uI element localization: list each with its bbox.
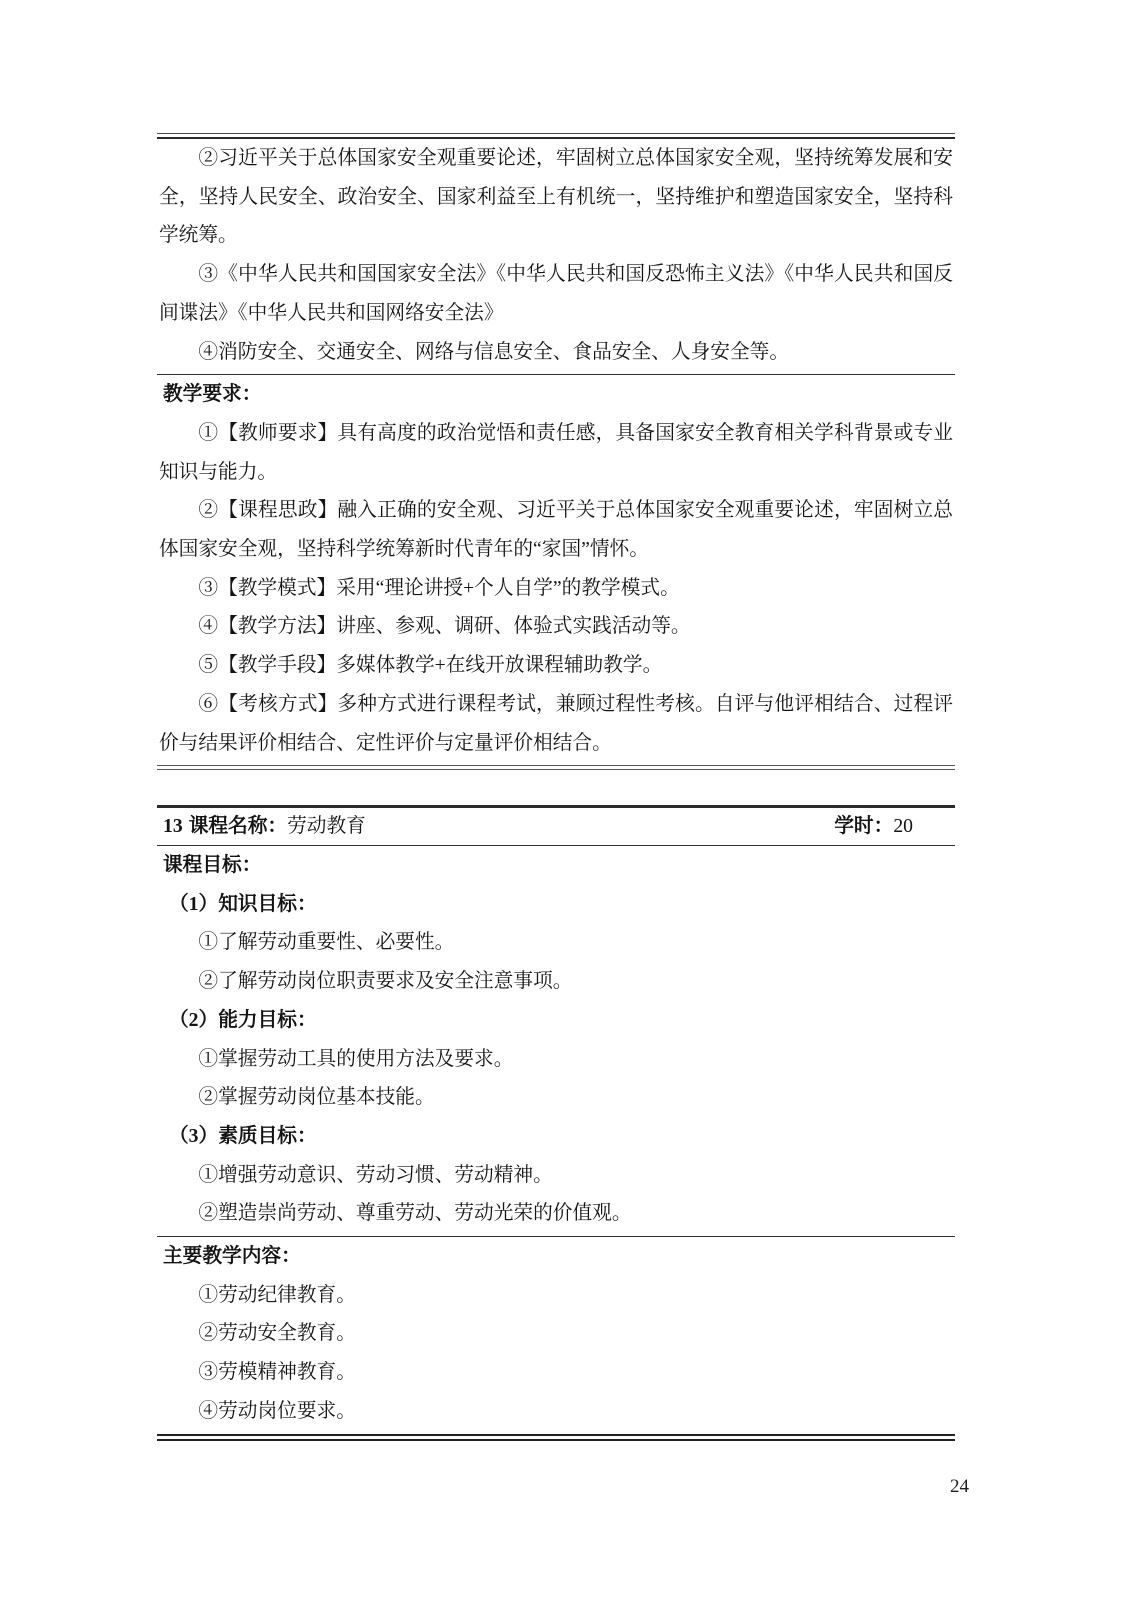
requirement-item: ②【课程思政】融入正确的安全观、习近平关于总体国家安全观重要论述，牢固树立总体国… <box>159 491 953 568</box>
teaching-requirements-heading: 教学要求： <box>159 375 953 414</box>
course-objectives-cell: 课程目标： （1）知识目标： ①了解劳动重要性、必要性。 ②了解劳动岗位职责要求… <box>157 846 955 1236</box>
course13-hours: 学时：20 <box>834 808 913 845</box>
course13-header-row: 13课程名称：劳动教育 学时：20 <box>157 808 955 845</box>
content-item: ①劳动纪律教育。 <box>159 1276 953 1315</box>
table-bottom-border <box>157 1434 955 1441</box>
objective-item: ①了解劳动重要性、必要性。 <box>159 923 953 962</box>
requirement-item: ③【教学模式】采用“理论讲授+个人自学”的教学模式。 <box>159 569 953 608</box>
content-item: ②习近平关于总体国家安全观重要论述，牢固树立总体国家安全观，坚持统筹发展和安全，… <box>159 139 953 255</box>
content-item: ③《中华人民共和国国家安全法》《中华人民共和国反恐怖主义法》《中华人民共和国反间… <box>159 255 953 332</box>
course-name: 劳动教育 <box>287 815 366 837</box>
content-item: ④消防安全、交通安全、网络与信息安全、食品安全、人身安全等。 <box>159 333 953 372</box>
main-content-heading: 主要教学内容： <box>159 1237 953 1276</box>
requirement-item: ④【教学方法】讲座、参观、调研、体验式实践活动等。 <box>159 607 953 646</box>
requirement-item: ⑤【教学手段】多媒体教学+在线开放课程辅助教学。 <box>159 646 953 685</box>
main-content-continued-cell: ②习近平关于总体国家安全观重要论述，牢固树立总体国家安全观，坚持统筹发展和安全，… <box>157 139 955 374</box>
course-name-label: 课程名称： <box>189 815 287 837</box>
quality-objectives-label: （3）素质目标： <box>159 1117 953 1156</box>
hours-label: 学时： <box>834 815 893 837</box>
objective-item: ②了解劳动岗位职责要求及安全注意事项。 <box>159 962 953 1001</box>
content-item: ②劳动安全教育。 <box>159 1314 953 1353</box>
course13-title: 13课程名称：劳动教育 <box>163 808 366 845</box>
ability-objectives-label: （2）能力目标： <box>159 1001 953 1040</box>
course12-table-continuation: ②习近平关于总体国家安全观重要论述，牢固树立总体国家安全观，坚持统筹发展和安全，… <box>157 133 955 770</box>
objective-item: ①掌握劳动工具的使用方法及要求。 <box>159 1040 953 1079</box>
course13-table: 13课程名称：劳动教育 学时：20 课程目标： （1）知识目标： ①了解劳动重要… <box>157 805 955 1441</box>
content-item: ④劳动岗位要求。 <box>159 1392 953 1431</box>
main-teaching-content-cell: 主要教学内容： ①劳动纪律教育。 ②劳动安全教育。 ③劳模精神教育。 ④劳动岗位… <box>157 1237 955 1434</box>
requirement-item: ①【教师要求】具有高度的政治觉悟和责任感，具备国家安全教育相关学科背景或专业知识… <box>159 414 953 491</box>
hours-value: 20 <box>893 815 913 837</box>
table-bottom-border <box>157 765 955 770</box>
page-number: 24 <box>157 1476 969 1498</box>
document-page: ②习近平关于总体国家安全观重要论述，牢固树立总体国家安全观，坚持统筹发展和安全，… <box>0 0 1131 1600</box>
course-number: 13 <box>163 815 183 837</box>
requirement-item: ⑥【考核方式】多种方式进行课程考试，兼顾过程性考核。自评与他评相结合、过程评价与… <box>159 685 953 762</box>
objective-item: ①增强劳动意识、劳动习惯、劳动精神。 <box>159 1156 953 1195</box>
knowledge-objectives-label: （1）知识目标： <box>159 885 953 924</box>
content-item: ③劳模精神教育。 <box>159 1353 953 1392</box>
objective-item: ②塑造崇尚劳动、尊重劳动、劳动光荣的价值观。 <box>159 1194 953 1233</box>
objectives-heading: 课程目标： <box>159 846 953 885</box>
objective-item: ②掌握劳动岗位基本技能。 <box>159 1078 953 1117</box>
teaching-requirements-cell: 教学要求： ①【教师要求】具有高度的政治觉悟和责任感，具备国家安全教育相关学科背… <box>157 375 955 765</box>
